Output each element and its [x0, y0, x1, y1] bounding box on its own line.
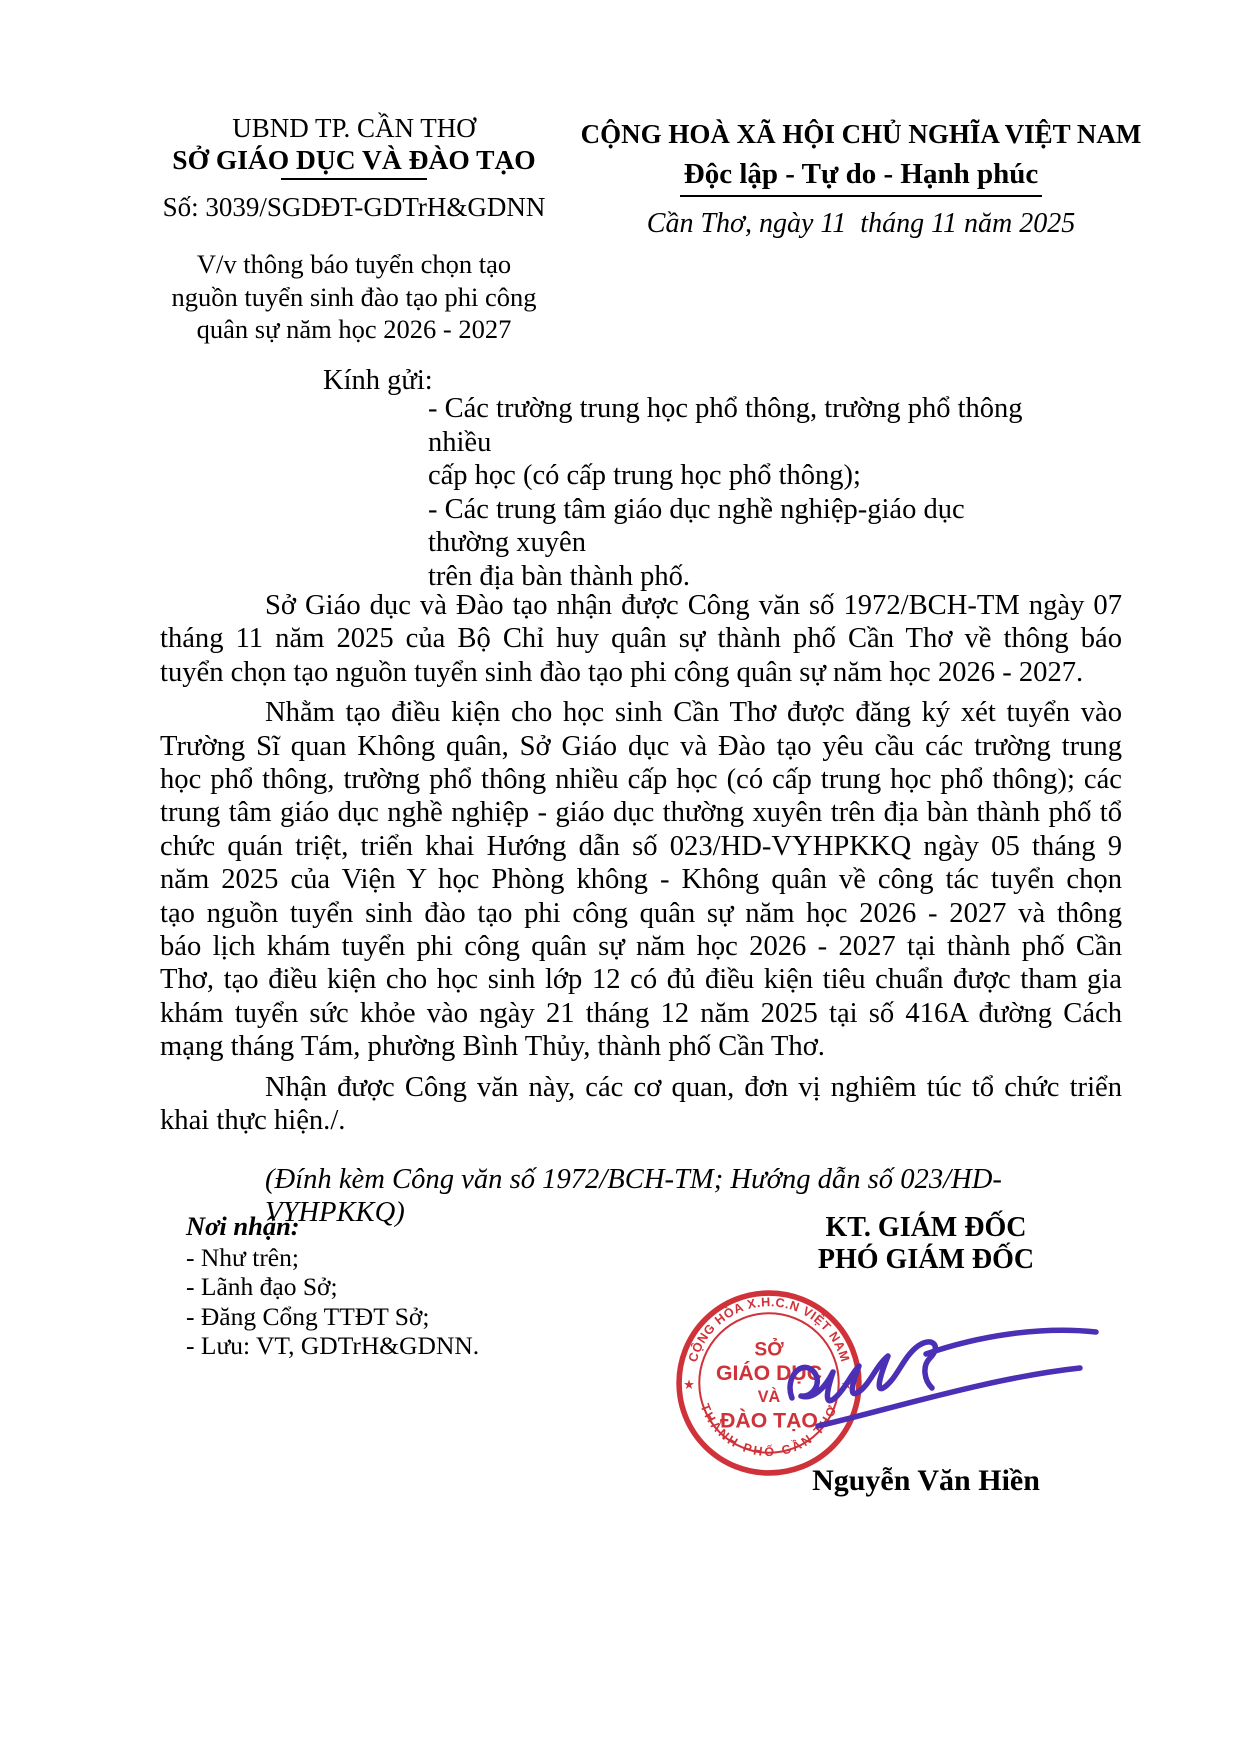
body-line: trung tâm giáo dục nghề nghiệp - giáo dụ… — [160, 796, 1122, 829]
subject-line: quân sự năm học 2026 - 2027 — [152, 313, 556, 346]
agency-name: SỞ GIÁO DỤC VÀ ĐÀO TẠO — [152, 144, 556, 176]
paragraph-2: Nhằm tạo điều kiện cho học sinh Cần Thơ … — [160, 696, 1122, 1063]
letter-body: Sở Giáo dục và Đào tạo nhận được Công vă… — [160, 589, 1122, 1229]
signer-title-role: PHÓ GIÁM ĐỐC — [730, 1244, 1122, 1276]
national-title: CỘNG HOÀ XÃ HỘI CHỦ NGHĨA VIỆT NAM — [574, 118, 1148, 151]
body-line: tháng 11 năm 2025 của Bộ Chỉ huy quân sự… — [160, 622, 1122, 655]
agency-parent: UBND TP. CẦN THƠ — [152, 112, 556, 144]
recipient-line: trên địa bàn thành phố. — [428, 560, 1028, 594]
national-motto: Độc lập - Tự do - Hạnh phúc — [680, 159, 1043, 197]
paragraph-1: Sở Giáo dục và Đào tạo nhận được Công vă… — [160, 589, 1122, 689]
body-line: báo lịch khám tuyển phi công quân sự năm… — [160, 930, 1122, 963]
place-and-date: Cần Thơ, ngày 11 tháng 11 năm 2025 — [574, 208, 1148, 240]
agency-underline — [281, 178, 427, 180]
document-number: Số: 3039/SGDĐT-GDTrH&GDNN — [152, 192, 556, 222]
salutation-label: Kính gửi: — [323, 364, 433, 397]
handwritten-signature — [778, 1312, 1108, 1452]
body-line: Trường Sĩ quan Không quân, Sở Giáo dục v… — [160, 730, 1122, 763]
body-line: chức quán triệt, triển khai Hướng dẫn số… — [160, 830, 1122, 863]
copy-recipient-line: - Như trên; — [186, 1243, 479, 1272]
body-line: học phổ thông, trường phổ thông nhiều cấ… — [160, 763, 1122, 796]
body-line: Nhằm tạo điều kiện cho học sinh Cần Thơ … — [160, 696, 1122, 729]
signer-name: Nguyễn Văn Hiền — [730, 1463, 1122, 1499]
subject-line: V/v thông báo tuyển chọn tạo — [152, 248, 556, 281]
body-line: tạo nguồn tuyển sinh đào tạo phi công qu… — [160, 897, 1122, 930]
body-line: khám tuyển sức khỏe vào ngày 21 tháng 12… — [160, 997, 1122, 1030]
body-line: mạng tháng Tám, phường Bình Thủy, thành … — [160, 1030, 1122, 1063]
official-letter-page: UBND TP. CẦN THƠ SỞ GIÁO DỤC VÀ ĐÀO TẠO … — [0, 0, 1241, 1755]
paragraph-3: Nhận được Công văn này, các cơ quan, đơn… — [160, 1071, 1122, 1138]
body-line: năm 2025 của Viện Y học Phòng không - Kh… — [160, 863, 1122, 896]
signer-title-kt: KT. GIÁM ĐỐC — [730, 1212, 1122, 1244]
body-line: khai thực hiện./. — [160, 1104, 1122, 1137]
recipient-line: cấp học (có cấp trung học phổ thông); — [428, 459, 1028, 493]
recipient-line: - Các trường trung học phổ thông, trường… — [428, 392, 1028, 459]
stamp-star-left-icon: ★ — [683, 1377, 695, 1392]
copy-recipient-line: - Lãnh đạo Sở; — [186, 1272, 479, 1301]
recipient-list: - Các trường trung học phổ thông, trường… — [428, 392, 1028, 593]
recipient-line: - Các trung tâm giáo dục nghề nghiệp-giá… — [428, 493, 1028, 560]
issuing-agency-block: UBND TP. CẦN THƠ SỞ GIÁO DỤC VÀ ĐÀO TẠO … — [152, 112, 556, 346]
subject-abstract: V/v thông báo tuyển chọn tạo nguồn tuyển… — [152, 248, 556, 346]
copy-recipient-line: - Đăng Cổng TTĐT Sở; — [186, 1302, 479, 1331]
national-header-block: CỘNG HOÀ XÃ HỘI CHỦ NGHĨA VIỆT NAM Độc l… — [574, 118, 1148, 240]
copy-recipients-block: Nơi nhận: - Như trên; - Lãnh đạo Sở; - Đ… — [186, 1211, 479, 1360]
subject-line: nguồn tuyển sinh đào tạo phi công — [152, 281, 556, 314]
signature-titles: KT. GIÁM ĐỐC PHÓ GIÁM ĐỐC — [730, 1212, 1122, 1276]
copy-recipients-label: Nơi nhận: — [186, 1211, 479, 1242]
body-line: tuyển chọn tạo nguồn tuyển sinh đào tạo … — [160, 656, 1122, 689]
body-line: Sở Giáo dục và Đào tạo nhận được Công vă… — [160, 589, 1122, 622]
copy-recipient-line: - Lưu: VT, GDTrH&GDNN. — [186, 1331, 479, 1360]
body-line: Thơ, tạo điều kiện cho học sinh lớp 12 c… — [160, 963, 1122, 996]
body-line: Nhận được Công văn này, các cơ quan, đơn… — [160, 1071, 1122, 1104]
